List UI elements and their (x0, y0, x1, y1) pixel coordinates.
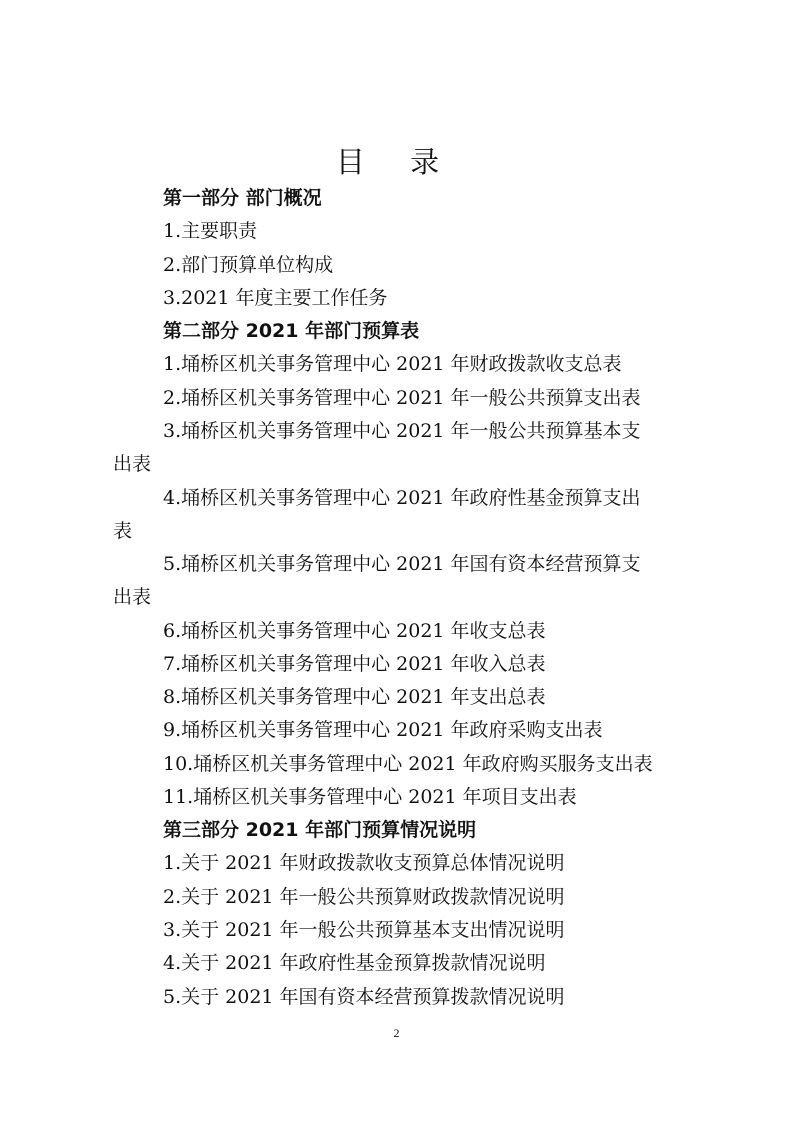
toc-entry: 1.关于 2021 年财政拨款收支预算总体情况说明 (163, 849, 565, 877)
toc-entry-continuation: 出表 (113, 583, 151, 611)
toc-entry: 8.埇桥区机关事务管理中心 2021 年支出总表 (163, 683, 546, 711)
toc-entry: 5.埇桥区机关事务管理中心 2021 年国有资本经营预算支 (163, 550, 641, 578)
document-page: 目 录 第一部分 部门概况 1.主要职责 2.部门预算单位构成 3.2021 年… (0, 0, 793, 1122)
part-1-heading: 第一部分 部门概况 (163, 184, 322, 212)
part-3-heading: 第三部分 2021 年部门预算情况说明 (163, 816, 476, 844)
toc-entry-continuation: 表 (113, 517, 132, 545)
toc-entry: 1.埇桥区机关事务管理中心 2021 年财政拨款收支总表 (163, 350, 622, 378)
toc-entry: 9.埇桥区机关事务管理中心 2021 年政府采购支出表 (163, 716, 603, 744)
page-title: 目 录 (0, 140, 793, 181)
toc-entry: 2.关于 2021 年一般公共预算财政拨款情况说明 (163, 883, 565, 911)
toc-entry: 4.埇桥区机关事务管理中心 2021 年政府性基金预算支出 (163, 484, 641, 512)
toc-entry: 5.关于 2021 年国有资本经营预算拨款情况说明 (163, 983, 565, 1011)
toc-entry: 2.埇桥区机关事务管理中心 2021 年一般公共预算支出表 (163, 384, 641, 412)
toc-entry: 1.主要职责 (163, 217, 257, 245)
toc-entry: 10.埇桥区机关事务管理中心 2021 年政府购买服务支出表 (163, 750, 653, 778)
page-number: 2 (0, 1026, 793, 1041)
toc-entry: 3.2021 年度主要工作任务 (163, 284, 388, 312)
toc-entry: 4.关于 2021 年政府性基金预算拨款情况说明 (163, 949, 546, 977)
toc-entry: 7.埇桥区机关事务管理中心 2021 年收入总表 (163, 650, 546, 678)
toc-entry: 11.埇桥区机关事务管理中心 2021 年项目支出表 (163, 783, 577, 811)
toc-entry: 3.埇桥区机关事务管理中心 2021 年一般公共预算基本支 (163, 417, 641, 445)
part-2-heading: 第二部分 2021 年部门预算表 (163, 317, 419, 345)
toc-entry: 6.埇桥区机关事务管理中心 2021 年收支总表 (163, 617, 546, 645)
toc-entry-continuation: 出表 (113, 450, 151, 478)
toc-entry: 3.关于 2021 年一般公共预算基本支出情况说明 (163, 916, 565, 944)
toc-entry: 2.部门预算单位构成 (163, 251, 333, 279)
